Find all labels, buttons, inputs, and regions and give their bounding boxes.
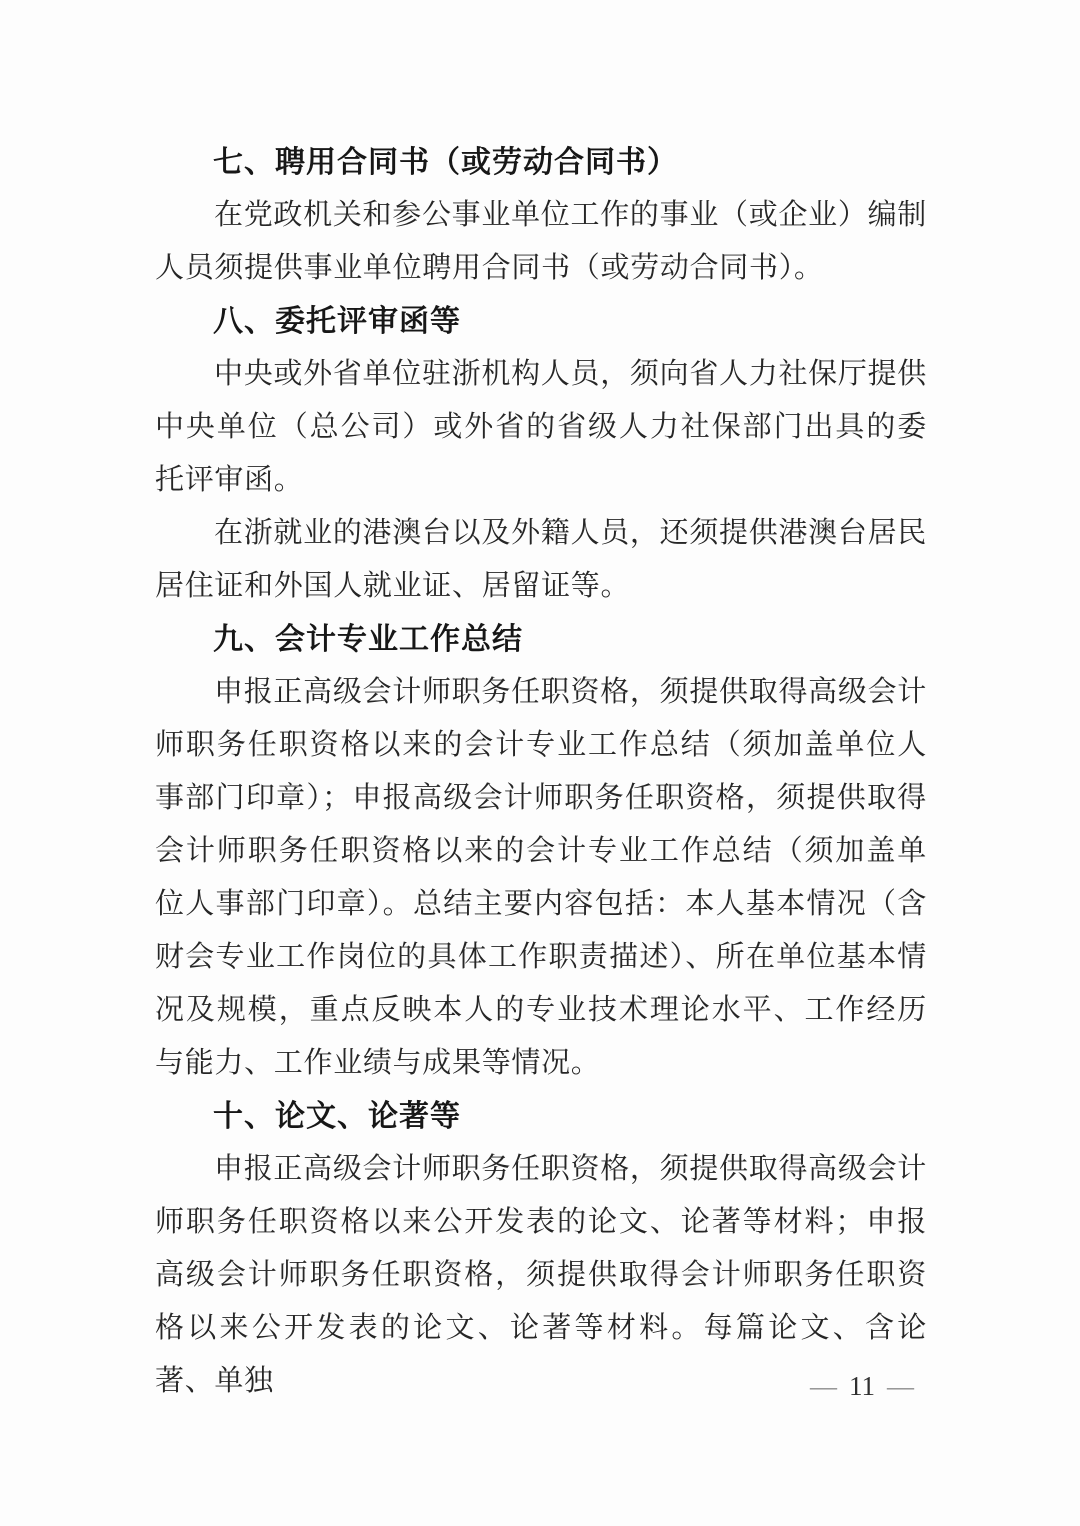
page-number-dash-right: — — [881, 1371, 920, 1401]
section-8-paragraph-2: 在浙就业的港澳台以及外籍人员，还须提供港澳台居民居住证和外国人就业证、居留证等。 — [155, 507, 927, 613]
document-page: 七、聘用合同书（或劳动合同书） 在党政机关和参公事业单位工作的事业（或企业）编制… — [0, 0, 1080, 1526]
section-9: 九、会计专业工作总结 申报正高级会计师职务任职资格，须提供取得高级会计师职务任职… — [155, 613, 927, 1090]
page-number-dash-left: — — [804, 1371, 843, 1401]
page-number-value: 11 — [843, 1371, 881, 1401]
section-7: 七、聘用合同书（或劳动合同书） 在党政机关和参公事业单位工作的事业（或企业）编制… — [155, 136, 927, 295]
section-8-paragraph-1: 中央或外省单位驻浙机构人员，须向省人力社保厅提供中央单位（总公司）或外省的省级人… — [155, 348, 927, 507]
section-10-heading: 十、论文、论著等 — [155, 1090, 927, 1143]
section-9-heading: 九、会计专业工作总结 — [155, 613, 927, 666]
section-7-heading: 七、聘用合同书（或劳动合同书） — [155, 136, 927, 189]
section-9-paragraph-1: 申报正高级会计师职务任职资格，须提供取得高级会计师职务任职资格以来的会计专业工作… — [155, 666, 927, 1090]
section-10: 十、论文、论著等 申报正高级会计师职务任职资格，须提供取得高级会计师职务任职资格… — [155, 1090, 927, 1408]
section-8-heading: 八、委托评审函等 — [155, 295, 927, 348]
section-8: 八、委托评审函等 中央或外省单位驻浙机构人员，须向省人力社保厅提供中央单位（总公… — [155, 295, 927, 613]
document-content: 七、聘用合同书（或劳动合同书） 在党政机关和参公事业单位工作的事业（或企业）编制… — [155, 136, 927, 1408]
section-7-paragraph-1: 在党政机关和参公事业单位工作的事业（或企业）编制人员须提供事业单位聘用合同书（或… — [155, 189, 927, 295]
page-number: —11— — [804, 1366, 920, 1406]
